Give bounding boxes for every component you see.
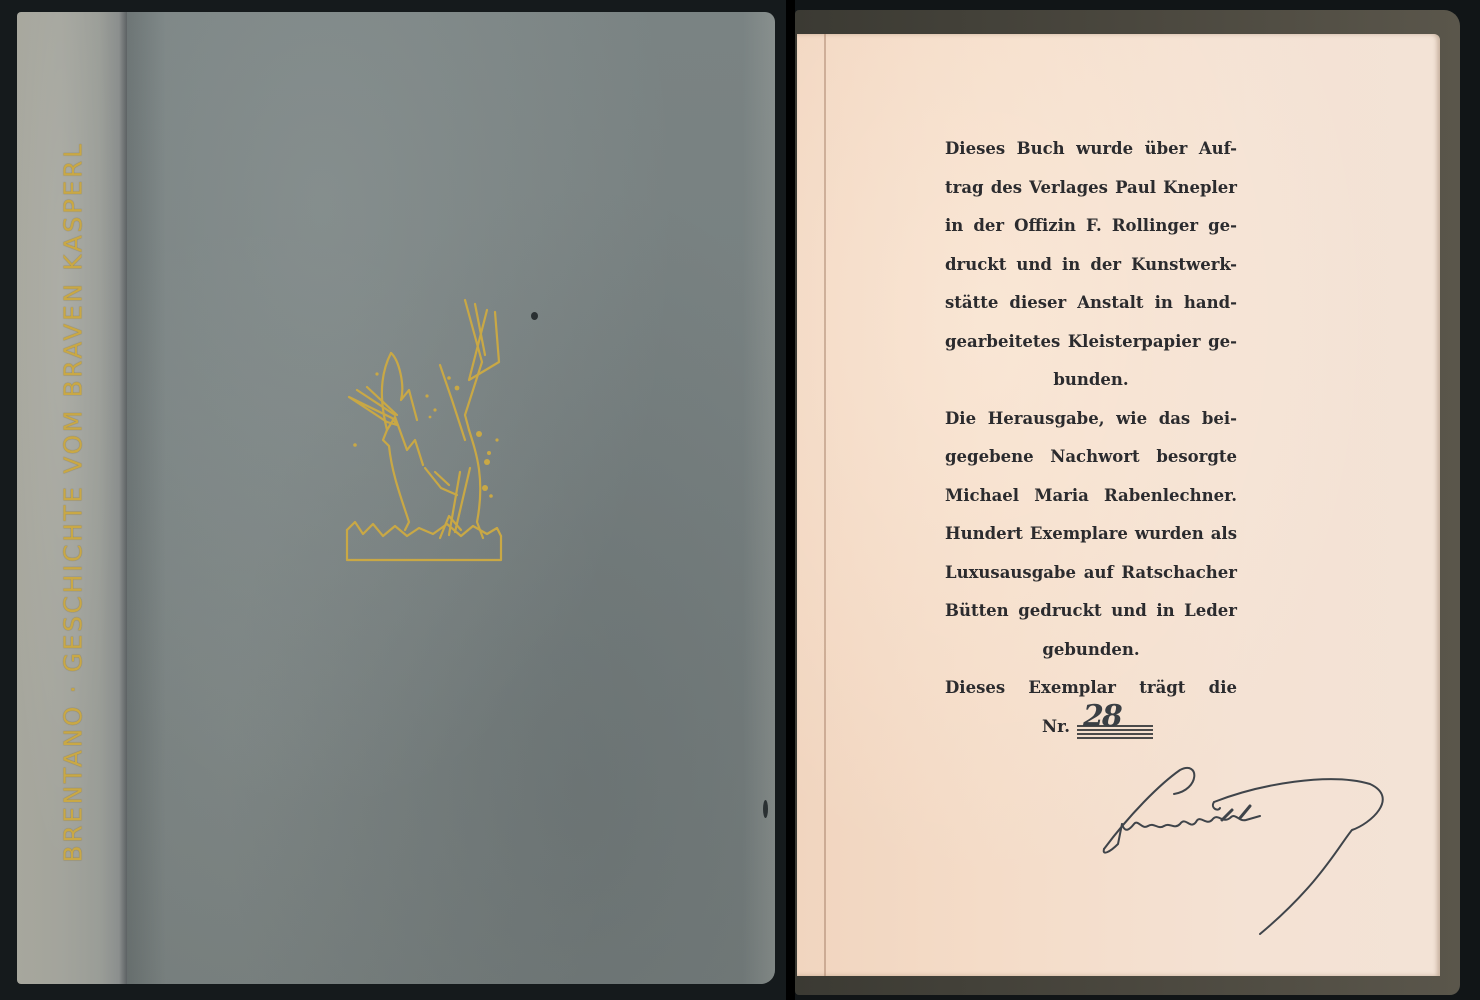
colophon-line: gegebene Nachwort besorgte [945, 438, 1237, 477]
colophon-text: Dieses Buch wurde über Auf- trag des Ver… [945, 130, 1237, 746]
colophon-line: gebunden. [945, 631, 1237, 670]
colophon-line: trag des Verlages Paul Knepler [945, 169, 1237, 208]
page-gutter-fold [824, 34, 826, 976]
colophon-line: stätte dieser Anstalt in hand- [945, 284, 1237, 323]
copy-number-row: Nr. 28 [945, 708, 1237, 746]
colophon-line: druckt und in der Kunstwerk- [945, 246, 1237, 285]
gilt-plant-emblem-icon [337, 290, 512, 565]
spine-title: BRENTANO · GESCHICHTE VOM BRAVEN KASPERL [59, 141, 88, 862]
colophon-line: bunden. [945, 361, 1237, 400]
photo-divider [786, 0, 795, 1000]
colophon-line: Michael Maria Rabenlechner. [945, 477, 1237, 516]
colophon-page-photo: Dieses Buch wurde über Auf- trag des Ver… [795, 0, 1480, 1000]
front-cover-board [127, 12, 775, 984]
book-spine: BRENTANO · GESCHICHTE VOM BRAVEN KASPERL [17, 12, 127, 984]
signature-icon [1100, 764, 1390, 944]
copy-number-handwritten: 28 [1083, 698, 1121, 736]
colophon-line: Bütten gedruckt und in Leder [945, 592, 1237, 631]
book-cover: BRENTANO · GESCHICHTE VOM BRAVEN KASPERL [17, 12, 775, 984]
colophon-page: Dieses Buch wurde über Auf- trag des Ver… [797, 34, 1440, 976]
stain-spot [763, 800, 768, 818]
colophon-line: Luxusausgabe auf Ratschacher [945, 554, 1237, 593]
stain-spot [531, 312, 538, 320]
colophon-line: gearbeitetes Kleisterpapier ge- [945, 323, 1237, 362]
copy-number-label: Nr. [1042, 708, 1070, 746]
colophon-line: in der Offizin F. Rollinger ge- [945, 207, 1237, 246]
colophon-line: Dieses Buch wurde über Auf- [945, 130, 1237, 169]
colophon-line: Die Herausgabe, wie das bei- [945, 400, 1237, 439]
colophon-line: Hundert Exemplare wurden als [945, 515, 1237, 554]
book-cover-photo: BRENTANO · GESCHICHTE VOM BRAVEN KASPERL [0, 0, 787, 1000]
